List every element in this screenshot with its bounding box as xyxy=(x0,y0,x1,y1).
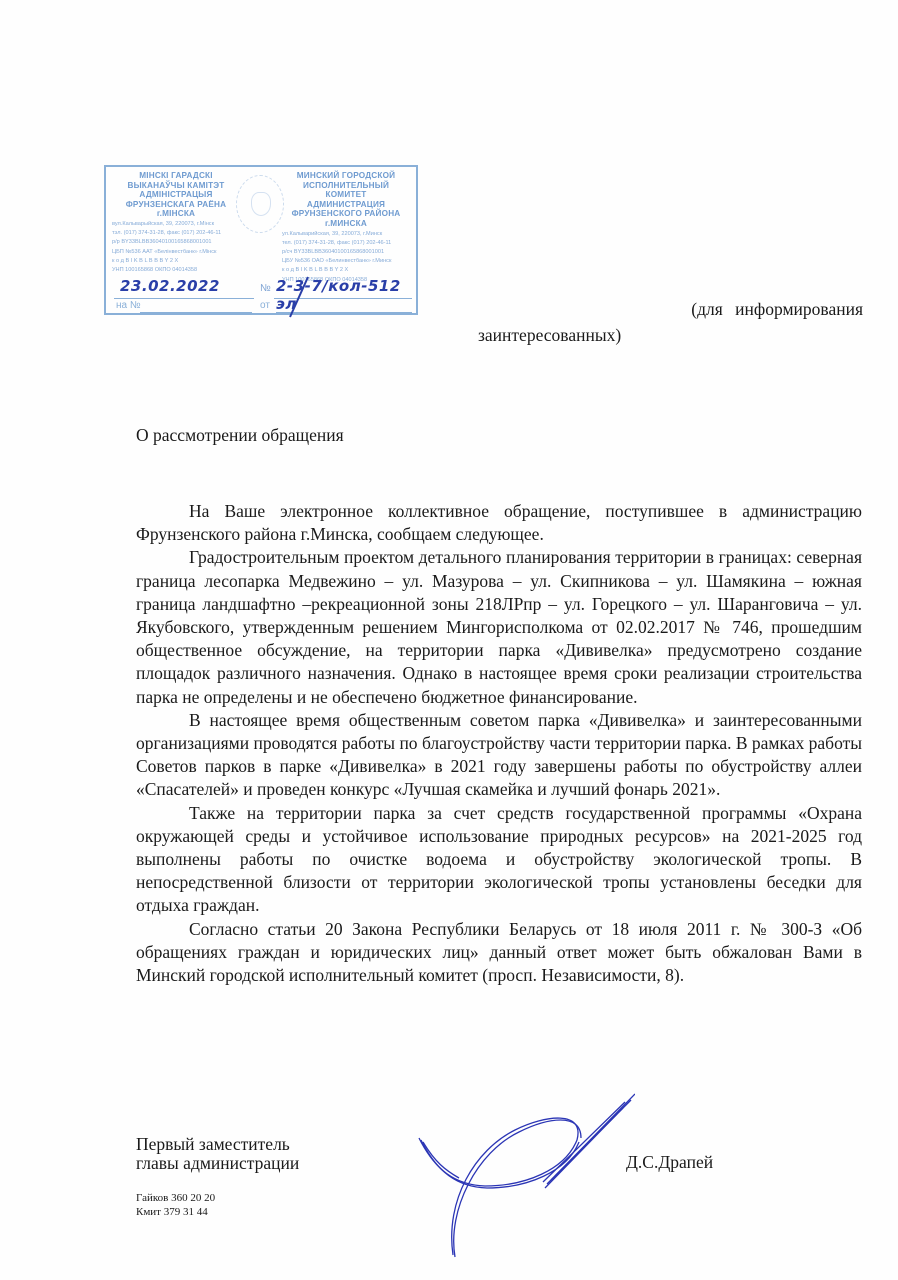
handwritten-signature xyxy=(395,1090,635,1270)
stamp-detail-line: ЦБП №536 ААТ «Белінвестбанк» г.Мінск xyxy=(112,249,240,256)
addressee-line-2: заинтересованных) xyxy=(478,322,863,348)
stamp-detail-line: к о д B I K B L B B B Y 2 X xyxy=(282,267,410,274)
stamp-title-line: ИСПОЛНИТЕЛЬНЫЙ КОМИТЕТ xyxy=(282,181,410,200)
stamp-detail-line: УНП 100165868 ОКПО 04014358 xyxy=(112,267,240,274)
state-emblem-icon xyxy=(236,175,284,233)
stamp-detail-line: к о д B I K B L B B B Y 2 X xyxy=(112,258,240,265)
contact-line: Кмит 379 31 44 xyxy=(136,1206,215,1220)
stamp-detail-line: тел. (017) 374-31-28, факс (017) 202-46-… xyxy=(282,240,410,247)
stamp-detail-line: тэл. (017) 374-31-28, факс (017) 202-46-… xyxy=(112,230,240,237)
document-page: МІНСКІ ГАРАДСКІ ВЫКАНАЎЧЫ КАМІТЭТ АДМІНІ… xyxy=(0,0,898,1280)
date-underline xyxy=(114,298,254,299)
contact-line: Гайков 360 20 20 xyxy=(136,1192,215,1206)
handwritten-date: 23.02.2022 xyxy=(120,277,220,295)
stamp-detail-line: р/р BY33BLBB36040100165868001001 xyxy=(112,239,240,246)
stamp-title-line: г.МІНСКА xyxy=(112,209,240,219)
stamp-title-line: АДМИНИСТРАЦИЯ xyxy=(282,200,410,210)
number-label: № xyxy=(260,283,271,294)
addressee-line-1: (для информирования xyxy=(478,296,863,322)
body-paragraph: Градостроительным проектом детального пл… xyxy=(136,546,862,708)
body-paragraph: Согласно статьи 20 Закона Республики Бел… xyxy=(136,918,862,988)
stamp-title-line: МІНСКІ ГАРАДСКІ xyxy=(112,171,240,181)
reference-date-label: от xyxy=(260,300,270,311)
stamp-title-line: ФРУНЗЕНСКАГА РАЁНА xyxy=(112,200,240,210)
signatory-title: Первый заместитель главы администрации xyxy=(136,1135,299,1173)
stamp-title-line: ФРУНЗЕНСКОГО РАЙОНА xyxy=(282,209,410,219)
stamp-title-line: МИНСКИЙ ГОРОДСКОЙ xyxy=(282,171,410,181)
reference-number-label: на № xyxy=(116,300,141,311)
stamp-title-line: г.МИНСКА xyxy=(282,219,410,229)
letter-subject: О рассмотрении обращения xyxy=(136,425,344,446)
addressee-block: (для информирования заинтересованных) xyxy=(478,296,863,348)
stamp-detail-line: ЦБУ №536 ОАО «Белинвестбанк» г.Минск xyxy=(282,258,410,265)
stamp-detail-line: ул.Кальварийская, 39, 220073, г.Минск xyxy=(282,231,410,238)
stamp-reference-row: на № от xyxy=(110,300,412,314)
stamp-title-line: ВЫКАНАЎЧЫ КАМІТЭТ xyxy=(112,181,240,191)
stamp-detail-line: р/сч BY33BLBB36040100165868001001 xyxy=(282,249,410,256)
signatory-title-line-1: Первый заместитель xyxy=(136,1135,299,1154)
letter-body: На Ваше электронное коллективное обращен… xyxy=(136,500,862,987)
registration-stamp: МІНСКІ ГАРАДСКІ ВЫКАНАЎЧЫ КАМІТЭТ АДМІНІ… xyxy=(104,165,418,315)
stamp-russian-block: МИНСКИЙ ГОРОДСКОЙ ИСПОЛНИТЕЛЬНЫЙ КОМИТЕТ… xyxy=(282,171,410,284)
stamp-detail-line: вул.Кальварыйская, 39, 220073, г.Мінск xyxy=(112,221,240,228)
handwritten-slash-stroke xyxy=(284,275,314,319)
stamp-title-line: АДМІНІСТРАЦЫЯ xyxy=(112,190,240,200)
signatory-name: Д.С.Драпей xyxy=(626,1152,713,1173)
stamp-date-number-row: 23.02.2022 № 2-3-7/кол-512 эл xyxy=(110,279,412,299)
body-paragraph: В настоящее время общественным советом п… xyxy=(136,709,862,802)
signatory-title-line-2: главы администрации xyxy=(136,1154,299,1173)
stamp-belarusian-block: МІНСКІ ГАРАДСКІ ВЫКАНАЎЧЫ КАМІТЭТ АДМІНІ… xyxy=(112,171,240,274)
body-paragraph: На Ваше электронное коллективное обращен… xyxy=(136,500,862,546)
reference-underline xyxy=(140,312,252,313)
executor-contacts: Гайков 360 20 20 Кмит 379 31 44 xyxy=(136,1192,215,1219)
body-paragraph: Также на территории парка за счет средст… xyxy=(136,802,862,918)
